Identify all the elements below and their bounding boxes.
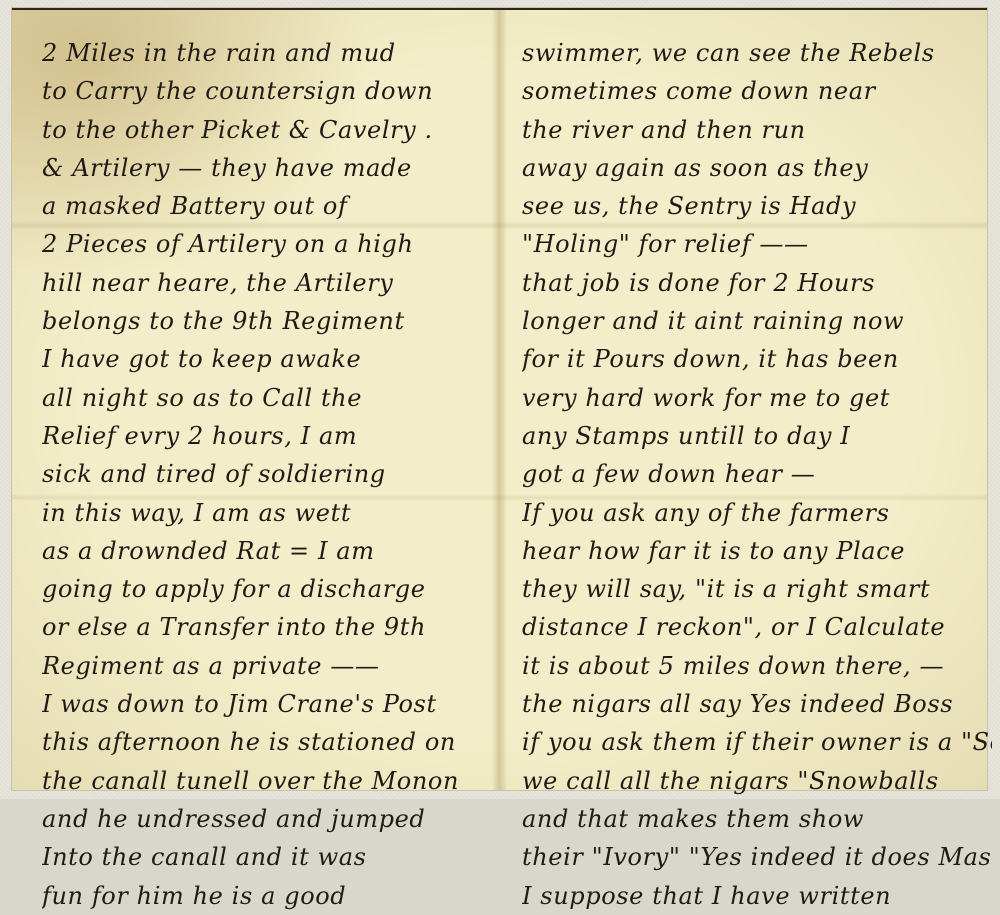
handwritten-line: I have got to keep awake [42, 340, 512, 378]
handwritten-line: we call all the nigars "Snowballs [522, 762, 992, 799]
handwritten-line: hear how far it is to any Place [522, 532, 992, 570]
handwritten-line: belongs to the 9th Regiment [42, 302, 512, 340]
handwritten-line: swimmer, we can see the Rebels [522, 34, 992, 72]
handwritten-line: that job is done for 2 Hours [522, 264, 992, 302]
handwritten-line: to Carry the countersign down [42, 72, 512, 110]
handwritten-line: I was down to Jim Crane's Post [42, 685, 512, 723]
handwritten-line: see us, the Sentry is Hady [522, 187, 992, 225]
handwritten-line: sick and tired of soldiering [42, 455, 512, 493]
handwritten-line: going to apply for a discharge [42, 570, 512, 608]
handwritten-line: 2 Pieces of Artilery on a high [42, 225, 512, 263]
handwritten-line: in this way, I am as wett [42, 494, 512, 532]
handwritten-line: distance I reckon", or I Calculate [522, 608, 992, 646]
handwritten-line: sometimes come down near [522, 72, 992, 110]
handwritten-line: as a drownded Rat = I am [42, 532, 512, 570]
handwritten-line: it is about 5 miles down there, — [522, 647, 992, 685]
handwritten-line: a masked Battery out of [42, 187, 512, 225]
right-page-column: swimmer, we can see the Rebels sometimes… [522, 34, 992, 799]
handwritten-line: if you ask them if their owner is a "Sec… [522, 723, 992, 761]
handwritten-line: all night so as to Call the [42, 379, 512, 417]
handwritten-line: Relief evry 2 hours, I am [42, 417, 512, 455]
handwritten-line: 2 Miles in the rain and mud [42, 34, 512, 72]
handwritten-line: If you ask any of the farmers [522, 494, 992, 532]
handwritten-line: hill near heare, the Artilery [42, 264, 512, 302]
handwritten-line: this afternoon he is stationed on [42, 723, 512, 761]
handwritten-line: the canall tunell over the Monon [42, 762, 512, 799]
handwritten-line: the nigars all say Yes indeed Boss [522, 685, 992, 723]
letter-sheet: 2 Miles in the rain and mud to Carry the… [12, 8, 987, 790]
handwritten-line: away again as soon as they [522, 149, 992, 187]
handwritten-line: to the other Picket & Cavelry . [42, 111, 512, 149]
handwritten-line: Regiment as a private —— [42, 647, 512, 685]
handwritten-line: very hard work for me to get [522, 379, 992, 417]
handwritten-line: any Stamps untill to day I [522, 417, 992, 455]
handwritten-line: they will say, "it is a right smart [522, 570, 992, 608]
left-page-column: 2 Miles in the rain and mud to Carry the… [42, 34, 512, 799]
handwritten-line: & Artilery — they have made [42, 149, 512, 187]
handwritten-line: "Holing" for relief —— [522, 225, 992, 263]
handwritten-line: longer and it aint raining now [522, 302, 992, 340]
handwritten-line: the river and then run [522, 111, 992, 149]
handwritten-line: got a few down hear — [522, 455, 992, 493]
handwritten-line: or else a Transfer into the 9th [42, 608, 512, 646]
handwritten-line: for it Pours down, it has been [522, 340, 992, 378]
